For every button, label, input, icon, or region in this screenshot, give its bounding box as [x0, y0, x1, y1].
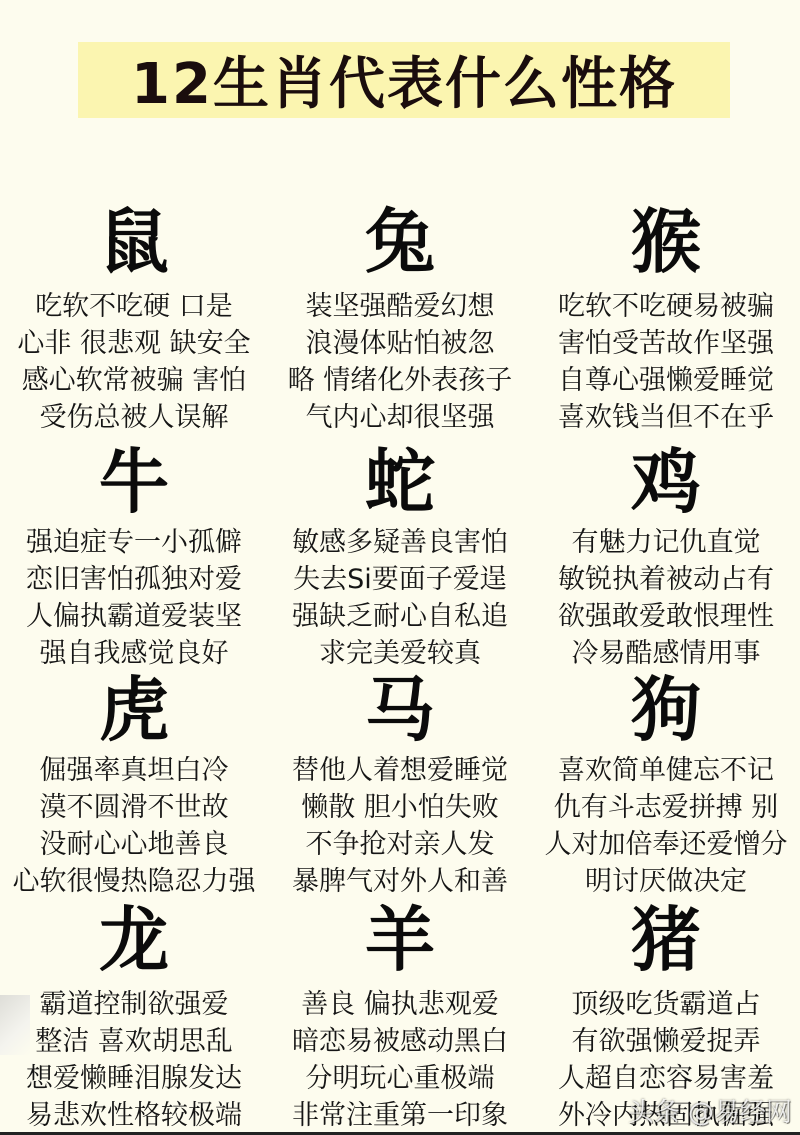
- trait-list: 霸道控制欲强爱 整洁 喜欢胡思乱 想爱懒睡泪腺发达 易悲欢性格较极端: [26, 986, 242, 1134]
- zodiac-card-goat: 羊 善良 偏执悲观爱 暗恋易被感动黑白 分明玩心重极端 非常注重第一印象: [268, 898, 532, 1135]
- trait-line: 敏感多疑善良害怕: [292, 524, 508, 561]
- trait-line: 仇有斗志爱拼搏 别: [554, 789, 779, 826]
- trait-list: 敏感多疑善良害怕 失去Si要面子爱逞 强缺乏耐心自私追 求完美爱较真: [292, 524, 508, 672]
- page-title: 12生肖代表什么性格: [131, 40, 677, 120]
- trait-list: 吃软不吃硬 口是 心非 很悲观 缺安全 感心软常被骗 害怕 受伤总被人误解: [17, 288, 250, 436]
- trait-line: 有魅力记仇直觉: [572, 524, 761, 561]
- zodiac-card-dragon: 龙 霸道控制欲强爱 整洁 喜欢胡思乱 想爱懒睡泪腺发达 易悲欢性格较极端: [0, 898, 268, 1135]
- zodiac-card-dog: 狗 喜欢简单健忘不记 仇有斗志爱拼搏 别 人对加倍奉还爱憎分 明讨厌做决定: [532, 668, 800, 898]
- trait-line: 明讨厌做决定: [585, 863, 747, 900]
- trait-line: 分明玩心重极端: [306, 1060, 495, 1097]
- trait-line: 恋旧害怕孤独对爱: [26, 561, 242, 598]
- trait-line: 漠不圆滑不世故: [40, 789, 229, 826]
- zodiac-name: 猴: [631, 200, 701, 288]
- title-highlight: 12生肖代表什么性格: [78, 42, 730, 118]
- trait-line: 非常注重第一印象: [292, 1097, 508, 1134]
- trait-line: 懒散 胆小怕失败: [301, 789, 499, 826]
- trait-line: 浪漫体贴怕被忽: [306, 325, 495, 362]
- trait-line: 受伤总被人误解: [39, 399, 228, 436]
- trait-line: 倔强率真坦白冷: [40, 752, 229, 789]
- zodiac-card-monkey: 猴 吃软不吃硬易被骗 害怕受苦故作坚强 自尊心强懒爱睡觉 喜欢钱当但不在乎: [532, 200, 800, 440]
- trait-line: 易悲欢性格较极端: [26, 1097, 242, 1134]
- trait-line: 喜欢简单健忘不记: [558, 752, 774, 789]
- zodiac-card-rabbit: 兔 装坚强酷爱幻想 浪漫体贴怕被忽 略 情绪化外表孩子 气内心却很坚强: [268, 200, 532, 440]
- trait-list: 喜欢简单健忘不记 仇有斗志爱拼搏 别 人对加倍奉还爱憎分 明讨厌做决定: [545, 752, 788, 900]
- trait-line: 气内心却很坚强: [306, 399, 495, 436]
- watermark: 头条 @易经网: [628, 1092, 792, 1129]
- trait-line: 装坚强酷爱幻想: [306, 288, 495, 325]
- trait-line: 替他人着想爱睡觉: [292, 752, 508, 789]
- trait-line: 想爱懒睡泪腺发达: [26, 1060, 242, 1097]
- zodiac-grid: 鼠 吃软不吃硬 口是 心非 很悲观 缺安全 感心软常被骗 害怕 受伤总被人误解 …: [0, 200, 800, 1135]
- zodiac-name: 蛇: [365, 440, 435, 524]
- trait-line: 善良 偏执悲观爱: [301, 986, 499, 1023]
- trait-line: 略 情绪化外表孩子: [288, 362, 513, 399]
- trait-line: 敏锐执着被动占有: [558, 561, 774, 598]
- trait-list: 替他人着想爱睡觉 懒散 胆小怕失败 不争抢对亲人发 暴脾气对外人和善: [292, 752, 508, 900]
- zodiac-name: 狗: [631, 668, 701, 752]
- zodiac-name: 鼠: [99, 200, 169, 288]
- trait-list: 吃软不吃硬易被骗 害怕受苦故作坚强 自尊心强懒爱睡觉 喜欢钱当但不在乎: [558, 288, 774, 436]
- zodiac-card-rat: 鼠 吃软不吃硬 口是 心非 很悲观 缺安全 感心软常被骗 害怕 受伤总被人误解: [0, 200, 268, 440]
- trait-line: 有欲强懒爱捉弄: [572, 1023, 761, 1060]
- trait-line: 霸道控制欲强爱: [40, 986, 229, 1023]
- trait-line: 人对加倍奉还爱憎分: [545, 826, 788, 863]
- trait-line: 求完美爱较真: [319, 635, 481, 672]
- trait-line: 不争抢对亲人发: [306, 826, 495, 863]
- trait-line: 自尊心强懒爱睡觉: [558, 362, 774, 399]
- zodiac-name: 猪: [631, 898, 701, 986]
- zodiac-name: 兔: [365, 200, 435, 288]
- zodiac-name: 龙: [99, 898, 169, 986]
- trait-list: 强迫症专一小孤僻 恋旧害怕孤独对爱 人偏执霸道爱装坚 强自我感觉良好: [26, 524, 242, 672]
- zodiac-name: 虎: [99, 668, 169, 752]
- trait-line: 失去Si要面子爱逞: [293, 561, 507, 598]
- trait-list: 装坚强酷爱幻想 浪漫体贴怕被忽 略 情绪化外表孩子 气内心却很坚强: [288, 288, 513, 436]
- trait-line: 心非 很悲观 缺安全: [17, 325, 250, 362]
- trait-line: 暗恋易被感动黑白: [292, 1023, 508, 1060]
- trait-line: 强缺乏耐心自私追: [292, 598, 508, 635]
- zodiac-name: 羊: [365, 898, 435, 986]
- zodiac-card-horse: 马 替他人着想爱睡觉 懒散 胆小怕失败 不争抢对亲人发 暴脾气对外人和善: [268, 668, 532, 898]
- trait-line: 吃软不吃硬 口是: [35, 288, 233, 325]
- trait-line: 喜欢钱当但不在乎: [558, 399, 774, 436]
- trait-line: 整洁 喜欢胡思乱: [35, 1023, 233, 1060]
- trait-list: 善良 偏执悲观爱 暗恋易被感动黑白 分明玩心重极端 非常注重第一印象: [292, 986, 508, 1134]
- trait-line: 心软很慢热隐忍力强: [13, 863, 256, 900]
- zodiac-card-tiger: 虎 倔强率真坦白冷 漠不圆滑不世故 没耐心心地善良 心软很慢热隐忍力强: [0, 668, 268, 898]
- trait-line: 感心软常被骗 害怕: [22, 362, 247, 399]
- trait-line: 欲强敢爱敢恨理性: [558, 598, 774, 635]
- trait-line: 顶级吃货霸道占: [572, 986, 761, 1023]
- trait-line: 强迫症专一小孤僻: [26, 524, 242, 561]
- trait-line: 暴脾气对外人和善: [292, 863, 508, 900]
- trait-line: 吃软不吃硬易被骗: [558, 288, 774, 325]
- trait-line: 冷易酷感情用事: [572, 635, 761, 672]
- trait-line: 害怕受苦故作坚强: [558, 325, 774, 362]
- zodiac-name: 牛: [99, 440, 169, 524]
- trait-line: 强自我感觉良好: [40, 635, 229, 672]
- zodiac-card-ox: 牛 强迫症专一小孤僻 恋旧害怕孤独对爱 人偏执霸道爱装坚 强自我感觉良好: [0, 440, 268, 668]
- trait-line: 人偏执霸道爱装坚: [26, 598, 242, 635]
- zodiac-card-rooster: 鸡 有魅力记仇直觉 敏锐执着被动占有 欲强敢爱敢恨理性 冷易酷感情用事: [532, 440, 800, 668]
- trait-list: 有魅力记仇直觉 敏锐执着被动占有 欲强敢爱敢恨理性 冷易酷感情用事: [558, 524, 774, 672]
- page-curl-shadow: [0, 995, 30, 1055]
- zodiac-card-snake: 蛇 敏感多疑善良害怕 失去Si要面子爱逞 强缺乏耐心自私追 求完美爱较真: [268, 440, 532, 668]
- zodiac-name: 马: [365, 668, 435, 752]
- trait-list: 倔强率真坦白冷 漠不圆滑不世故 没耐心心地善良 心软很慢热隐忍力强: [13, 752, 256, 900]
- trait-line: 没耐心心地善良: [40, 826, 229, 863]
- zodiac-name: 鸡: [631, 440, 701, 524]
